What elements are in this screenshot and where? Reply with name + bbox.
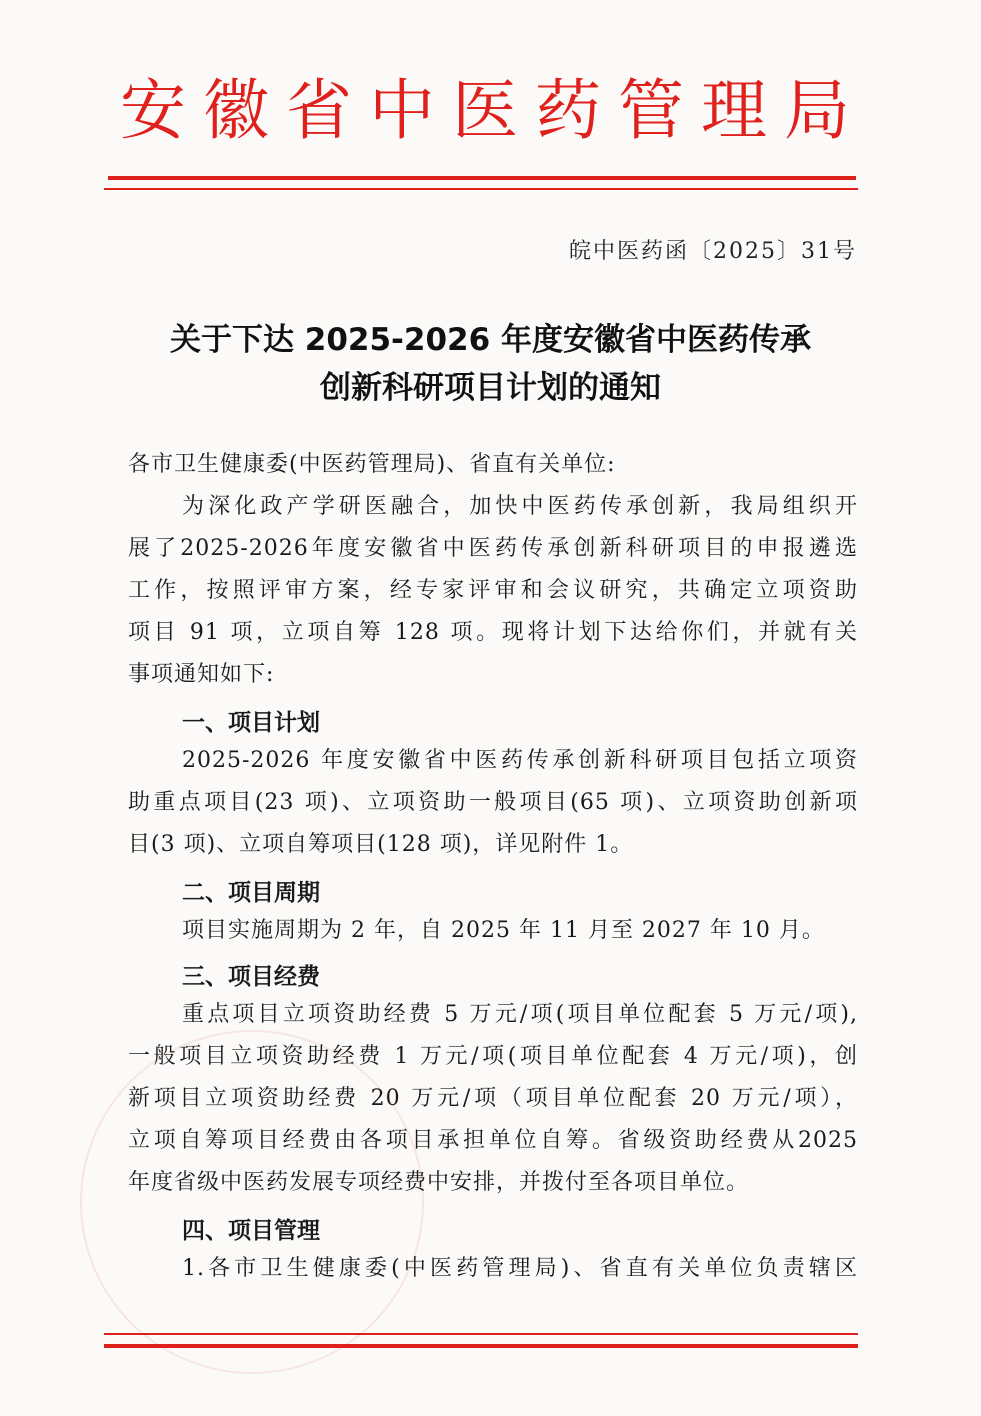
section-line: 助重点项目(23 项)、立项资助一般项目(65 项)、立项资助创新项 bbox=[128, 782, 858, 824]
masthead-char: 药 bbox=[535, 78, 601, 144]
footer-rule-thin bbox=[104, 1333, 858, 1335]
section-line: 重点项目立项资助经费 5 万元/项(项目单位配套 5 万元/项), bbox=[182, 994, 858, 1036]
section-line: 2025-2026 年度安徽省中医药传承创新科研项目包括立项资 bbox=[182, 740, 858, 782]
header-rule-thin bbox=[104, 188, 858, 190]
masthead-char: 安 bbox=[120, 78, 186, 144]
masthead-char: 理 bbox=[701, 78, 767, 144]
section-heading-funding: 三、项目经费 bbox=[182, 958, 320, 991]
masthead-char: 徽 bbox=[203, 78, 269, 144]
section-heading-management: 四、项目管理 bbox=[182, 1212, 320, 1245]
section-line: 立项自筹项目经费由各项目承担单位自筹。省级资助经费从2025 bbox=[128, 1120, 858, 1162]
intro-line: 展了2025-2026年度安徽省中医药传承创新科研项目的申报遴选 bbox=[128, 528, 858, 570]
masthead-agency-name: 安 徽 省 中 医 药 管 理 局 bbox=[120, 78, 850, 144]
masthead-char: 局 bbox=[784, 78, 850, 144]
intro-line: 为深化政产学研医融合，加快中医药传承创新，我局组织开 bbox=[182, 486, 858, 528]
masthead-char: 省 bbox=[286, 78, 352, 144]
section-line: 新项目立项资助经费 20 万元/项（项目单位配套 20 万元/项）， bbox=[128, 1078, 858, 1120]
document-title-line1: 关于下达 2025-2026 年度安徽省中医药传承 bbox=[100, 314, 881, 359]
section-line: 年度省级中医药发展专项经费中安排，并拨付至各项目单位。 bbox=[128, 1162, 858, 1204]
intro-line: 工作，按照评审方案，经专家评审和会议研究，共确定立项资助 bbox=[128, 570, 858, 612]
salutation: 各市卫生健康委(中医药管理局)、省直有关单位: bbox=[128, 444, 858, 486]
section-line: 目(3 项)、立项自筹项目(128 项)，详见附件 1。 bbox=[128, 824, 858, 866]
masthead-char: 管 bbox=[618, 78, 684, 144]
section-heading-period: 二、项目周期 bbox=[182, 874, 320, 907]
footer-rule-thick bbox=[104, 1344, 858, 1348]
header-rule-thick bbox=[108, 176, 856, 180]
section-line: 项目实施周期为 2 年，自 2025 年 11 月至 2027 年 10 月。 bbox=[182, 910, 858, 952]
section-line: 1.各市卫生健康委(中医药管理局)、省直有关单位负责辖区 bbox=[182, 1248, 858, 1290]
intro-line: 事项通知如下: bbox=[128, 654, 858, 696]
section-line: 一般项目立项资助经费 1 万元/项(项目单位配套 4 万元/项)，创 bbox=[128, 1036, 858, 1078]
document-number: 皖中医药函〔2025〕31号 bbox=[569, 234, 857, 265]
masthead-char: 医 bbox=[452, 78, 518, 144]
document-title-line2: 创新科研项目计划的通知 bbox=[100, 362, 881, 407]
masthead-char: 中 bbox=[369, 78, 435, 144]
intro-line: 项目 91 项，立项自筹 128 项。现将计划下达给你们，并就有关 bbox=[128, 612, 858, 654]
section-heading-plan: 一、项目计划 bbox=[182, 704, 320, 737]
